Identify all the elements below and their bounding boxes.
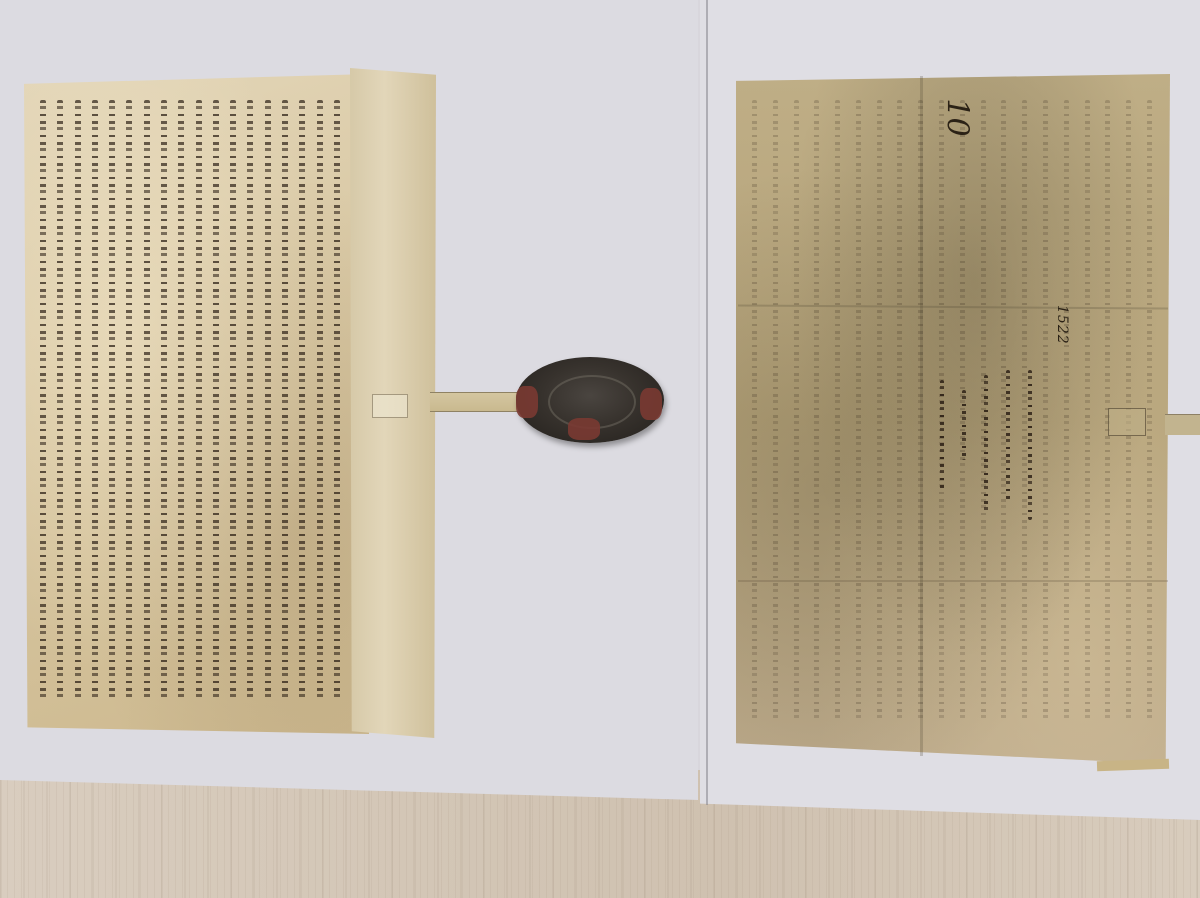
script-line: [75, 100, 81, 700]
script-line: [144, 100, 150, 700]
paper-edge: [706, 0, 708, 805]
script-line: [178, 100, 184, 700]
endorsement-line: [984, 375, 988, 515]
script-line: [814, 100, 819, 720]
script-line: [835, 100, 840, 720]
script-line: [265, 100, 271, 700]
script-line: [773, 100, 778, 720]
parchment-tag-strip: [430, 392, 530, 412]
endorsement-line: [940, 380, 944, 490]
script-line: [877, 100, 882, 720]
script-line: [918, 100, 923, 720]
script-line: [161, 100, 167, 700]
endorsement-line: [1006, 370, 1010, 500]
script-line: [92, 100, 98, 700]
endorsement-note: [940, 370, 1090, 530]
script-line: [897, 100, 902, 720]
seal-slit: [1108, 408, 1146, 436]
script-line: [196, 100, 202, 700]
script-line: [299, 100, 305, 700]
script-line: [57, 100, 63, 700]
script-line: [213, 100, 219, 700]
script-line: [247, 100, 253, 700]
parchment-tag-strip: [1165, 414, 1200, 435]
script-line: [40, 100, 46, 700]
seal-wax-bead: [568, 418, 600, 440]
photo-scene: 10 1522: [0, 0, 1200, 898]
script-line: [334, 100, 340, 700]
script-line: [1147, 100, 1152, 720]
endorsement-date: 1522: [1054, 305, 1070, 345]
archive-number: 10: [940, 98, 975, 136]
script-line: [752, 100, 757, 720]
script-line: [109, 100, 115, 700]
script-line: [794, 100, 799, 720]
script-line: [317, 100, 323, 700]
script-line: [230, 100, 236, 700]
seal-wax-bead: [640, 388, 662, 420]
script-line: [126, 100, 132, 700]
endorsement-line: [962, 390, 966, 460]
seal-slit: [372, 394, 408, 418]
script-line: [856, 100, 861, 720]
endorsement-line: [1028, 370, 1032, 520]
seal-wax-bead: [516, 386, 538, 418]
left-charter-script: [40, 100, 340, 700]
script-line: [282, 100, 288, 700]
